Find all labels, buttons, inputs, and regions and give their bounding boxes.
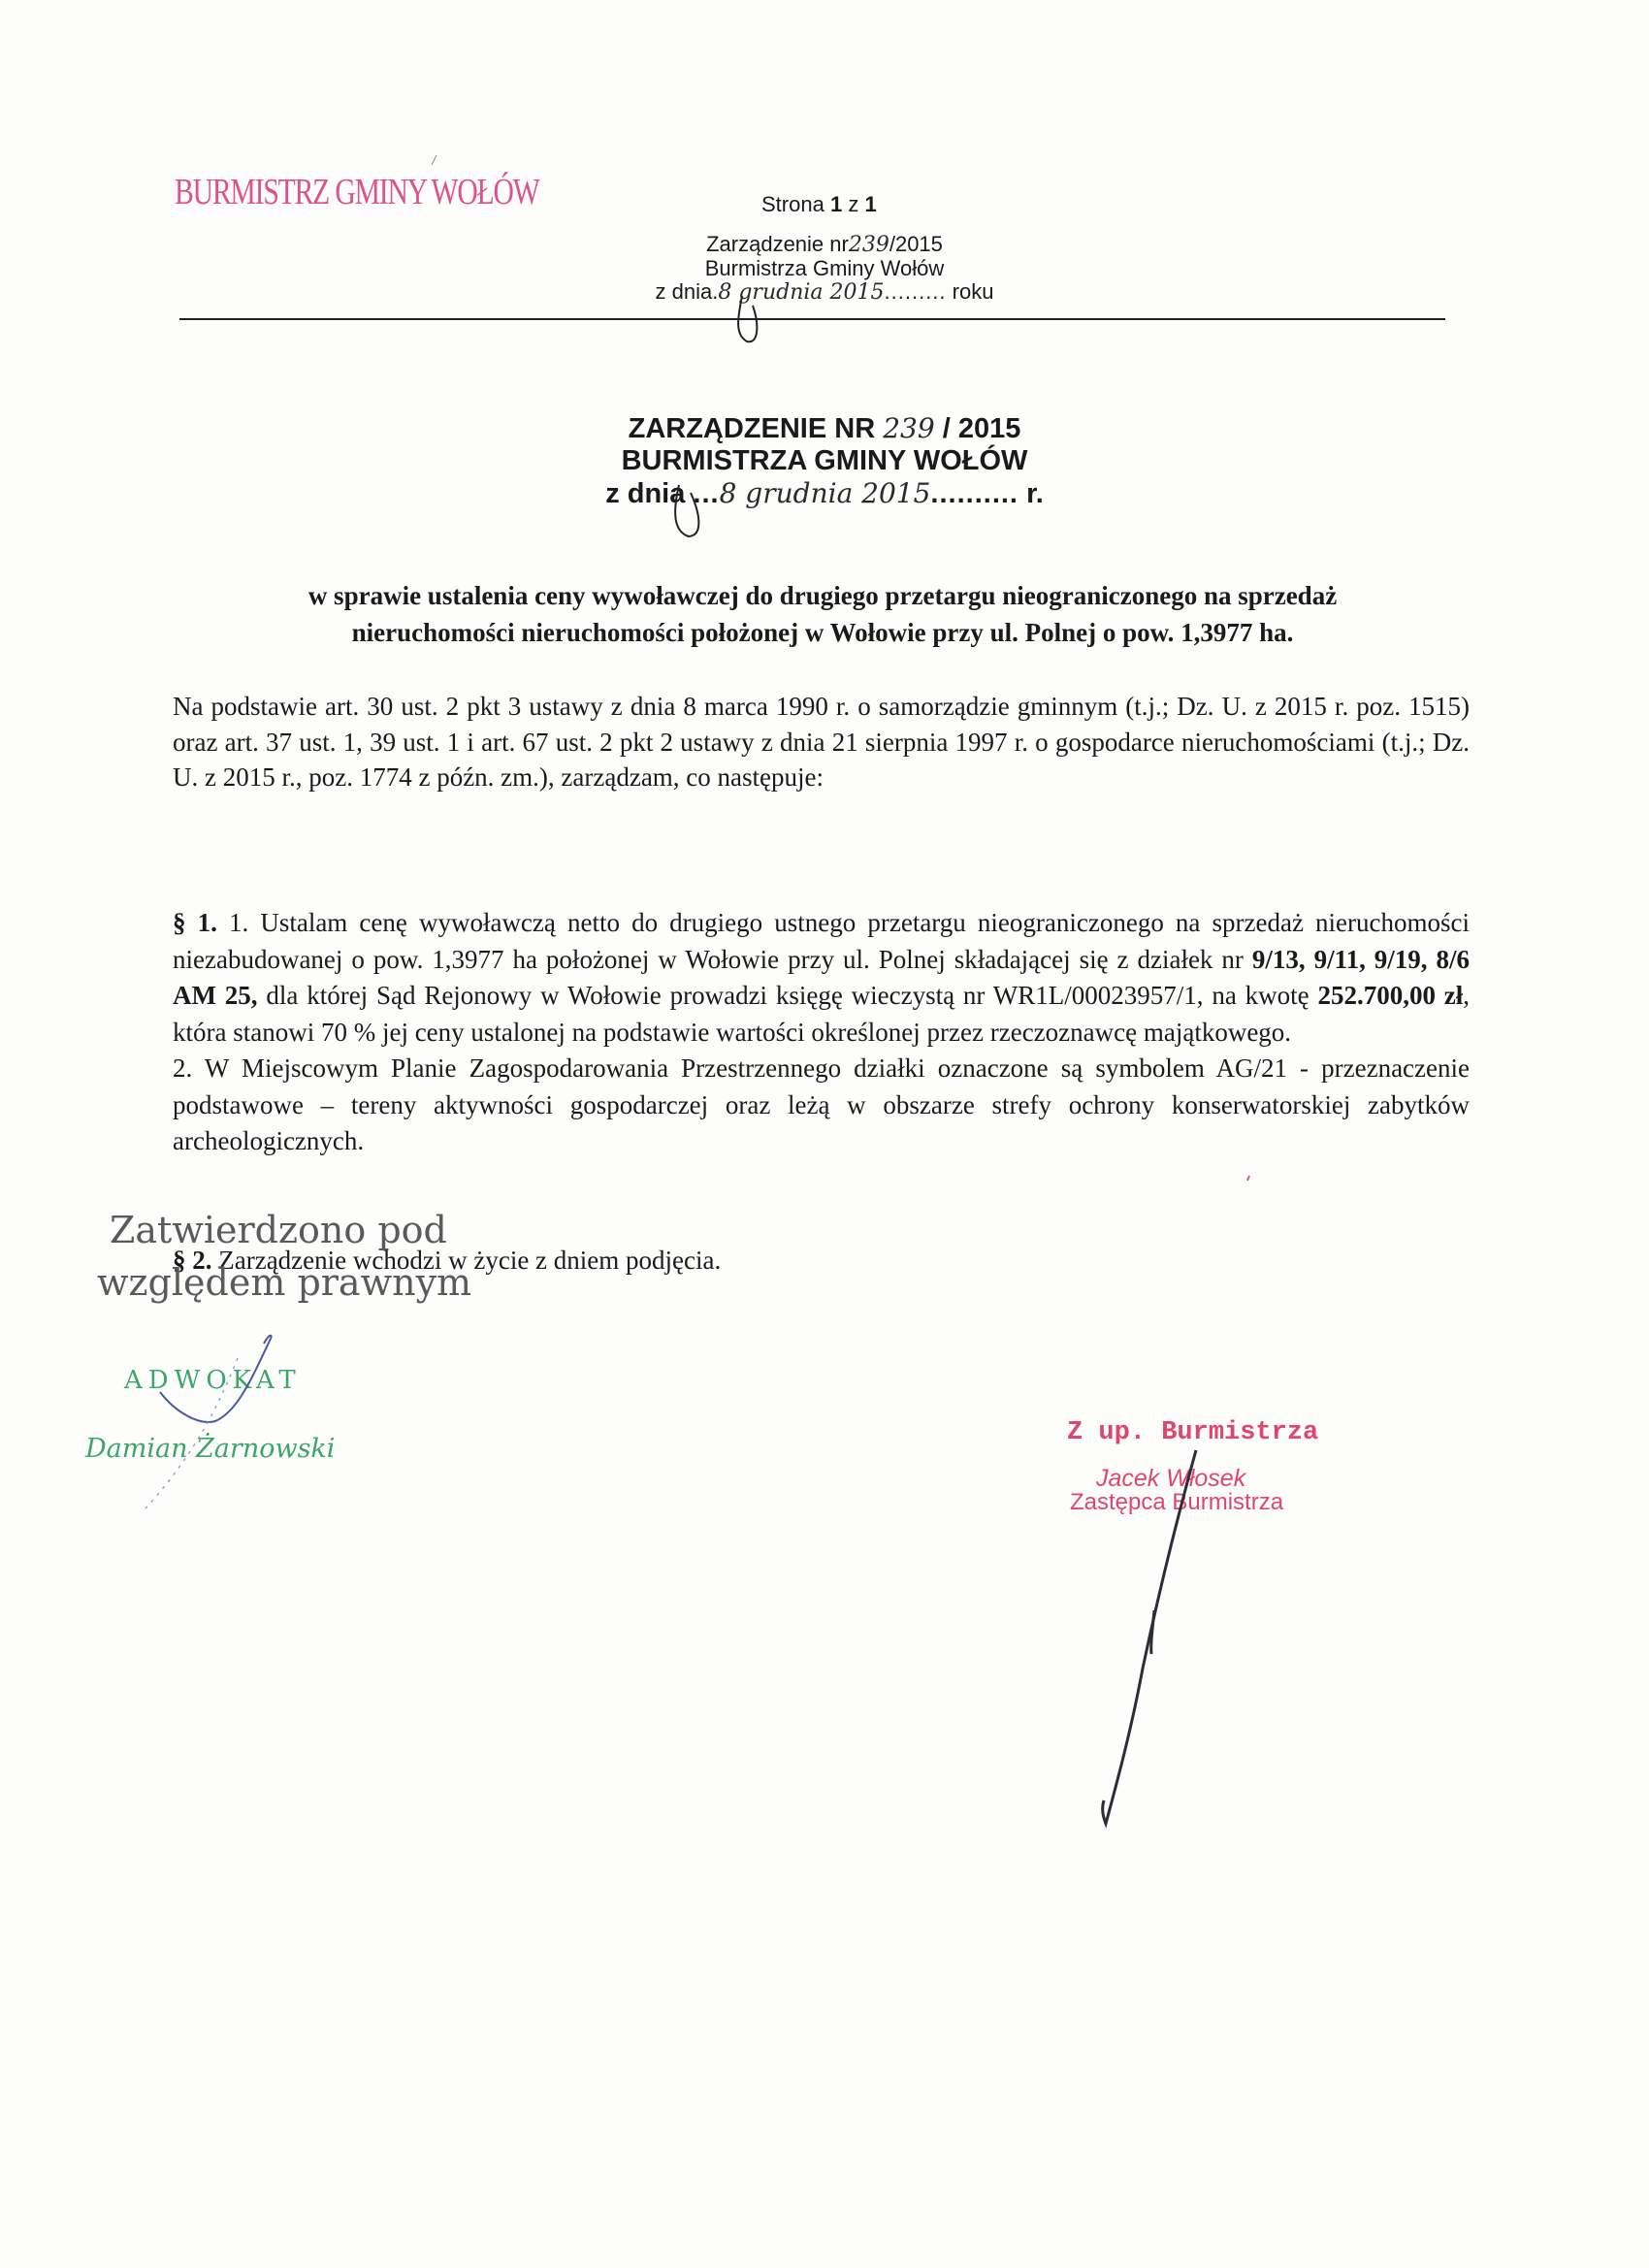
handwriting-overlay [0, 0, 1649, 2268]
pen-mark [432, 155, 436, 165]
advocate-signature-trace [145, 1358, 238, 1508]
advocate-signature [160, 1336, 272, 1422]
pink-dot [1247, 1176, 1249, 1181]
handwritten-loop-header [738, 296, 757, 341]
mayor-signature [1103, 1450, 1196, 1824]
handwritten-loop-title [675, 485, 698, 536]
mayor-signature-tick [1151, 1610, 1154, 1654]
